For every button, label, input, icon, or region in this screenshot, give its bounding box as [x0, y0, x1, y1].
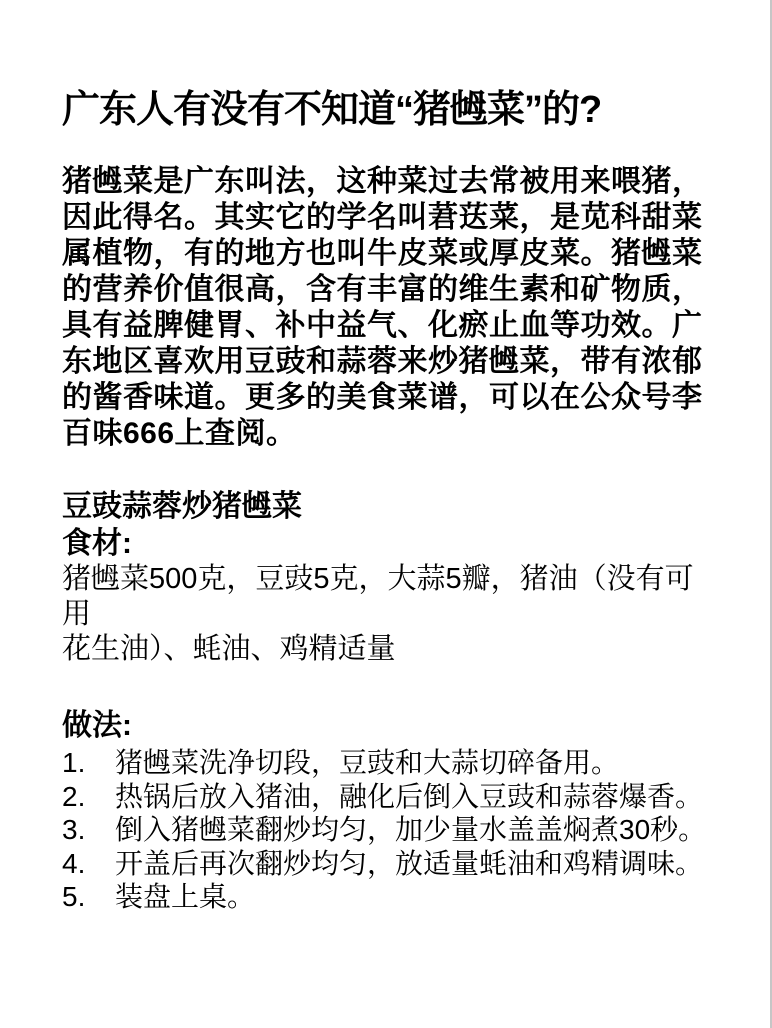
recipe-title: 豆豉蒜蓉炒猪乸菜 — [62, 488, 708, 525]
article-page: 广东人有没有不知道“猪乸菜”的? 猪乸菜是广东叫法，这种菜过去常被用来喂猪， 因… — [0, 0, 772, 1028]
step-item: 3. 倒入猪乸菜翻炒均匀，加少量水盖盖焖煮30秒。 — [62, 813, 708, 847]
ingredients-text: 猪乸菜500克，豆豉5克，大蒜5瓣，猪油（没有可用 花生油）、蚝油、鸡精适量 — [62, 562, 708, 667]
step-item: 5. 装盘上桌。 — [62, 880, 708, 914]
step-number: 2. — [62, 780, 115, 814]
steps-label: 做法: — [62, 707, 708, 744]
ingredients-label: 食材: — [62, 525, 708, 562]
step-item: 4. 开盖后再次翻炒均匀，放适量蚝油和鸡精调味。 — [62, 847, 708, 881]
step-item: 2. 热锅后放入猪油，融化后倒入豆豉和蒜蓉爆香。 — [62, 780, 708, 814]
step-number: 3. — [62, 813, 115, 847]
step-text: 热锅后放入猪油，融化后倒入豆豉和蒜蓉爆香。 — [115, 780, 708, 814]
step-text: 猪乸菜洗净切段，豆豉和大蒜切碎备用。 — [115, 746, 708, 780]
step-item: 1. 猪乸菜洗净切段，豆豉和大蒜切碎备用。 — [62, 746, 708, 780]
step-number: 4. — [62, 847, 115, 881]
recipe-section: 豆豉蒜蓉炒猪乸菜 食材: 猪乸菜500克，豆豉5克，大蒜5瓣，猪油（没有可用 花… — [62, 488, 708, 914]
step-text: 装盘上桌。 — [115, 880, 708, 914]
steps-list: 1. 猪乸菜洗净切段，豆豉和大蒜切碎备用。 2. 热锅后放入猪油，融化后倒入豆豉… — [62, 746, 708, 914]
page-title: 广东人有没有不知道“猪乸菜”的? — [62, 0, 708, 134]
step-text: 倒入猪乸菜翻炒均匀，加少量水盖盖焖煮30秒。 — [115, 813, 708, 847]
intro-paragraph: 猪乸菜是广东叫法，这种菜过去常被用来喂猪， 因此得名。其实它的学名叫莙荙菜，是苋… — [62, 164, 708, 452]
step-number: 1. — [62, 746, 115, 780]
step-text: 开盖后再次翻炒均匀，放适量蚝油和鸡精调味。 — [115, 847, 708, 881]
step-number: 5. — [62, 880, 115, 914]
